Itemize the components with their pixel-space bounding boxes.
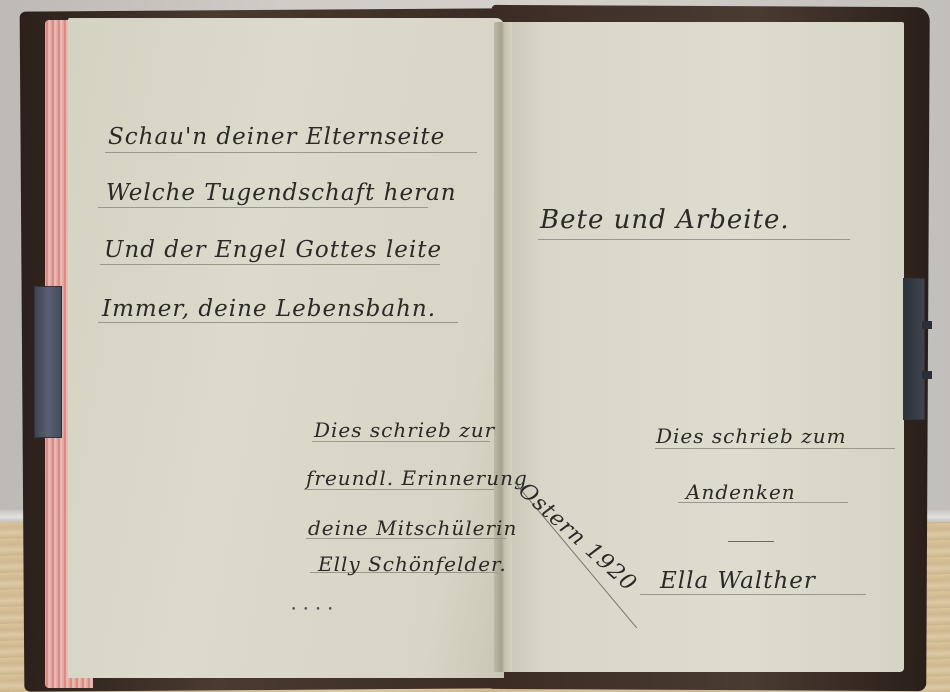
signature-right: Ella Walther [660, 568, 816, 594]
dedication-line-3: deine Mitschülerin [308, 516, 517, 540]
motto: Bete und Arbeite. [540, 205, 790, 235]
decorative-dots: • • • • [291, 605, 335, 615]
dedication-right-line-1: Dies schrieb zum [656, 424, 847, 448]
ruled-line [538, 239, 850, 240]
ruled-line [655, 448, 895, 449]
separator-dash [728, 541, 774, 542]
poem-line-4: Immer, deine Lebensbahn. [102, 296, 436, 322]
clasp-left-icon [34, 286, 62, 438]
clasp-right-icon [903, 278, 925, 420]
ruled-line [98, 207, 428, 208]
poem-line-2: Welche Tugendschaft heran [106, 180, 457, 206]
clasp-tab [922, 321, 932, 329]
dedication-line-2: freundl. Erinnerung [306, 466, 528, 490]
ruled-line [640, 594, 866, 595]
poem-line-1: Schau'n deiner Elternseite [108, 124, 445, 150]
ruled-line [98, 322, 458, 323]
left-page [68, 18, 504, 678]
ruled-line [105, 152, 477, 153]
dedication-right-line-2: Andenken [686, 480, 796, 504]
dedication-line-1: Dies schrieb zur [314, 418, 495, 442]
signature-left: Elly Schönfelder. [318, 552, 507, 576]
ruled-line [100, 264, 440, 265]
clasp-tab [922, 371, 932, 379]
poem-line-3: Und der Engel Gottes leite [104, 237, 442, 263]
